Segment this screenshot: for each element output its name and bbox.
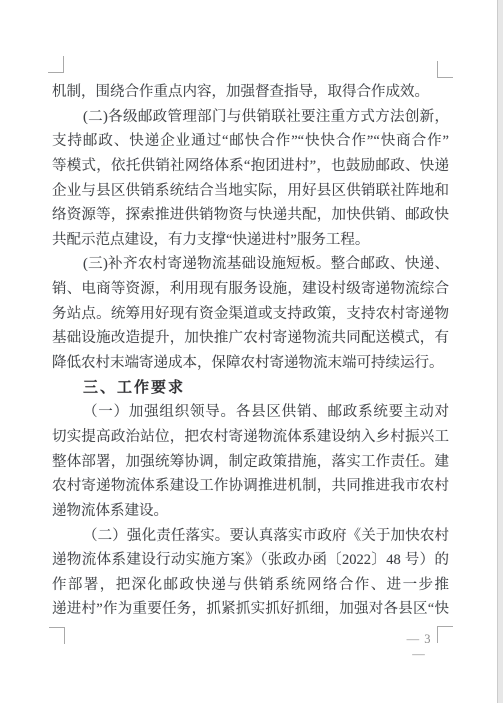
text-line: 企业与县区供销系统结合当地实际，用好县区供销联社阵地和网 — [52, 179, 449, 204]
text-line: 递物流体系建设。 — [52, 499, 449, 524]
text-line: 共配示范点建设，有力支撑“快递进村”服务工程。 — [52, 228, 449, 253]
text-line: 递物流体系建设行动实施方案》（张政办函〔2022〕48 号）的工 — [52, 548, 449, 573]
text-line: 络资源等，探索推进供销物资与快递共配，加快供销、邮政快递 — [52, 203, 449, 228]
text-line: 务站点。统筹用好现有资金渠道或支持政策，支持农村寄递物流 — [52, 302, 449, 327]
text-block: 机制，围绕合作重点内容，加强督查指导，取得合作成效。(二)各级邮政管理部门与供销… — [52, 80, 449, 622]
text-line: （一）加强组织领导。各县区供销、邮政系统要主动对接， — [52, 400, 449, 425]
text-line: 基础设施改造提升，加快推广农村寄递物流共同配送模式，有效 — [52, 326, 449, 351]
text-line: 切实提高政治站位，把农村寄递物流体系建设纳入乡村振兴工作 — [52, 425, 449, 450]
text-line: 等模式，依托供销社网络体系“抱团进村”，也鼓励邮政、快递 — [52, 154, 449, 179]
text-line: 递进村”作为重要任务，抓紧抓实抓好抓细，加强对各县区“快 — [52, 597, 449, 622]
text-line: 机制，围绕合作重点内容，加强督查指导，取得合作成效。 — [52, 80, 449, 105]
layout-corner-mark-top-right — [437, 61, 453, 78]
text-line: 作部署，把深化邮政快递与供销系统网络合作、进一步推进“快 — [52, 573, 449, 598]
text-line: (三)补齐农村寄递物流基础设施短板。整合邮政、快递、供 — [52, 252, 449, 277]
section-heading: 三、工作要求 — [52, 376, 449, 401]
scan-edge — [497, 0, 503, 703]
text-line: (二)各级邮政管理部门与供销联社要注重方式方法创新，既 — [52, 105, 449, 130]
page-number: — 3 — — [399, 632, 439, 662]
text-line: 农村寄递物流体系建设工作协调推进机制，共同推进我市农村寄 — [52, 474, 449, 499]
layout-corner-mark-bottom-left — [49, 627, 65, 644]
text-line: 整体部署，加强统筹协调，制定政策措施，落实工作责任。建立 — [52, 450, 449, 475]
layout-corner-mark-top-left — [48, 56, 64, 73]
text-line: 降低农村末端寄递成本，保障农村寄递物流末端可持续运行。 — [52, 351, 449, 376]
layout-corner-mark-bottom-right — [437, 626, 453, 643]
text-line: 支持邮政、快递企业通过“邮快合作”“快快合作”“快商合作” — [52, 129, 449, 154]
text-line: 销、电商等资源，利用现有服务设施，建设村级寄递物流综合服 — [52, 277, 449, 302]
text-line: （二）强化责任落实。要认真落实市政府《关于加快农村寄 — [52, 524, 449, 549]
